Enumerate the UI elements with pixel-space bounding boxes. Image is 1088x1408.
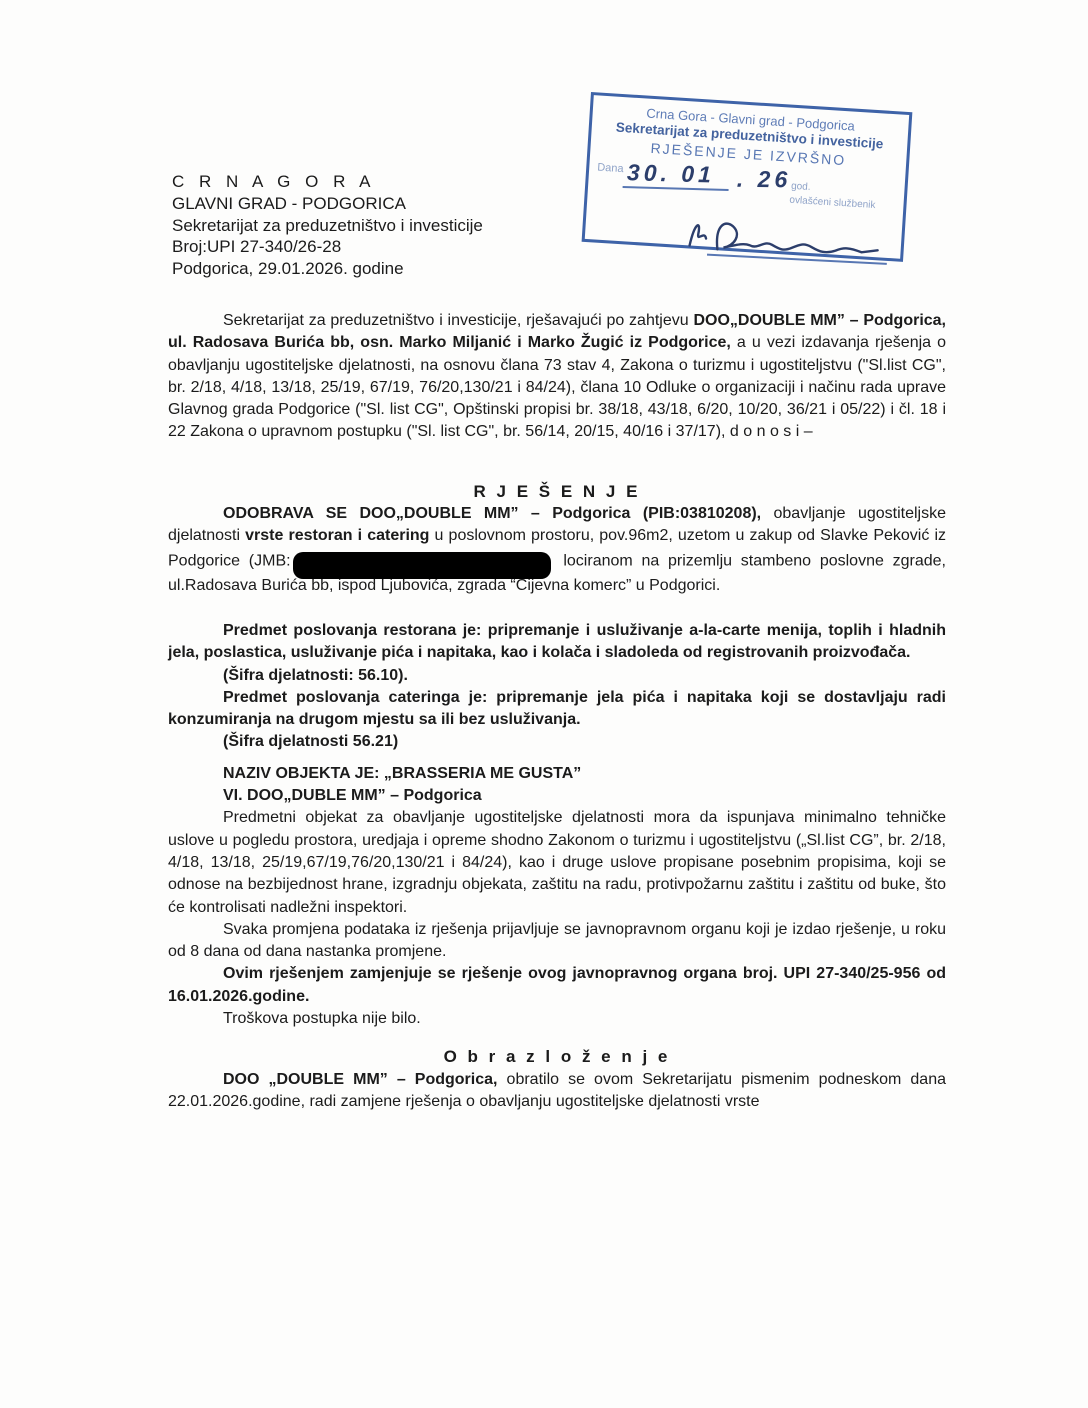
decision-title: R J E Š E N J E (168, 481, 946, 503)
catering-activity-code: (Šifra djelatnosti 56.21) (168, 731, 946, 753)
catering-scope: Predmet poslovanja cateringa je: priprem… (168, 687, 946, 732)
approval-activity-type: vrste restoran i catering (245, 527, 429, 544)
executability-stamp: Crna Gora - Glavni grad - Podgorica Sekr… (582, 92, 913, 262)
document-page: Crna Gora - Glavni grad - Podgorica Sekr… (0, 0, 1088, 1408)
approval-paragraph: ODOBRAVA SE DOO„DOUBLE MM” – Podgorica (… (168, 503, 946, 597)
restaurant-activity-code: (Šifra djelatnosti: 56.10). (168, 665, 946, 687)
costs-paragraph: Troškova postupka nije bilo. (168, 1008, 946, 1030)
object-owner-line: VI. DOO„DUBLE MM” – Podgorica (223, 785, 946, 807)
intro-lead: Sekretarijat za preduzetništvo i investi… (223, 312, 693, 329)
explanation-applicant: DOO „DOUBLE MM” – Podgorica, (223, 1071, 497, 1088)
intro-paragraph: Sekretarijat za preduzetništvo i investi… (168, 310, 946, 444)
letterhead-department: Sekretarijat za preduzetništvo i investi… (172, 215, 483, 237)
letterhead: C R N A G O R A GLAVNI GRAD - PODGORICA … (172, 171, 483, 280)
conditions-paragraph: Predmetni objekat za obavljanje ugostite… (168, 807, 946, 918)
explanation-title: O b r a z l o ž e n j e (168, 1046, 946, 1068)
business-scope-block: Predmet poslovanja restorana je: priprem… (168, 620, 946, 754)
stamp-date-label: Dana (597, 162, 624, 176)
intro-donosi: d o n o s i – (730, 423, 813, 440)
approval-head: ODOBRAVA SE DOO„DOUBLE MM” – Podgorica (… (223, 505, 761, 522)
object-name-block: NAZIV OBJEKTA JE: „BRASSERIA ME GUSTA” V… (223, 763, 946, 808)
restaurant-scope: Predmet poslovanja restorana je: priprem… (168, 620, 946, 665)
stamp-year-suffix: god. (791, 181, 811, 193)
letterhead-city: GLAVNI GRAD - PODGORICA (172, 193, 483, 215)
jmb-redaction-bar (293, 552, 551, 579)
change-notice-paragraph: Svaka promjena podataka iz rješenja prij… (168, 919, 946, 964)
letterhead-case-number: Broj:UPI 27-340/26-28 (172, 236, 483, 258)
signature-scribble-icon (679, 211, 896, 270)
signature-svg (679, 211, 896, 270)
letterhead-place-date: Podgorica, 29.01.2026. godine (172, 258, 483, 280)
stamp-handwritten-year: . 26 (737, 166, 792, 194)
replacement-paragraph: Ovim rješenjem zamjenjuje se rješenje ov… (168, 963, 946, 1008)
stamp-handwritten-date: 30. 01 (623, 159, 730, 191)
document-body: Sekretarijat za preduzetništvo i investi… (168, 310, 946, 1113)
object-name-line: NAZIV OBJEKTA JE: „BRASSERIA ME GUSTA” (223, 763, 946, 785)
explanation-paragraph: DOO „DOUBLE MM” – Podgorica, obratilo se… (168, 1069, 946, 1114)
letterhead-country: C R N A G O R A (172, 171, 483, 193)
